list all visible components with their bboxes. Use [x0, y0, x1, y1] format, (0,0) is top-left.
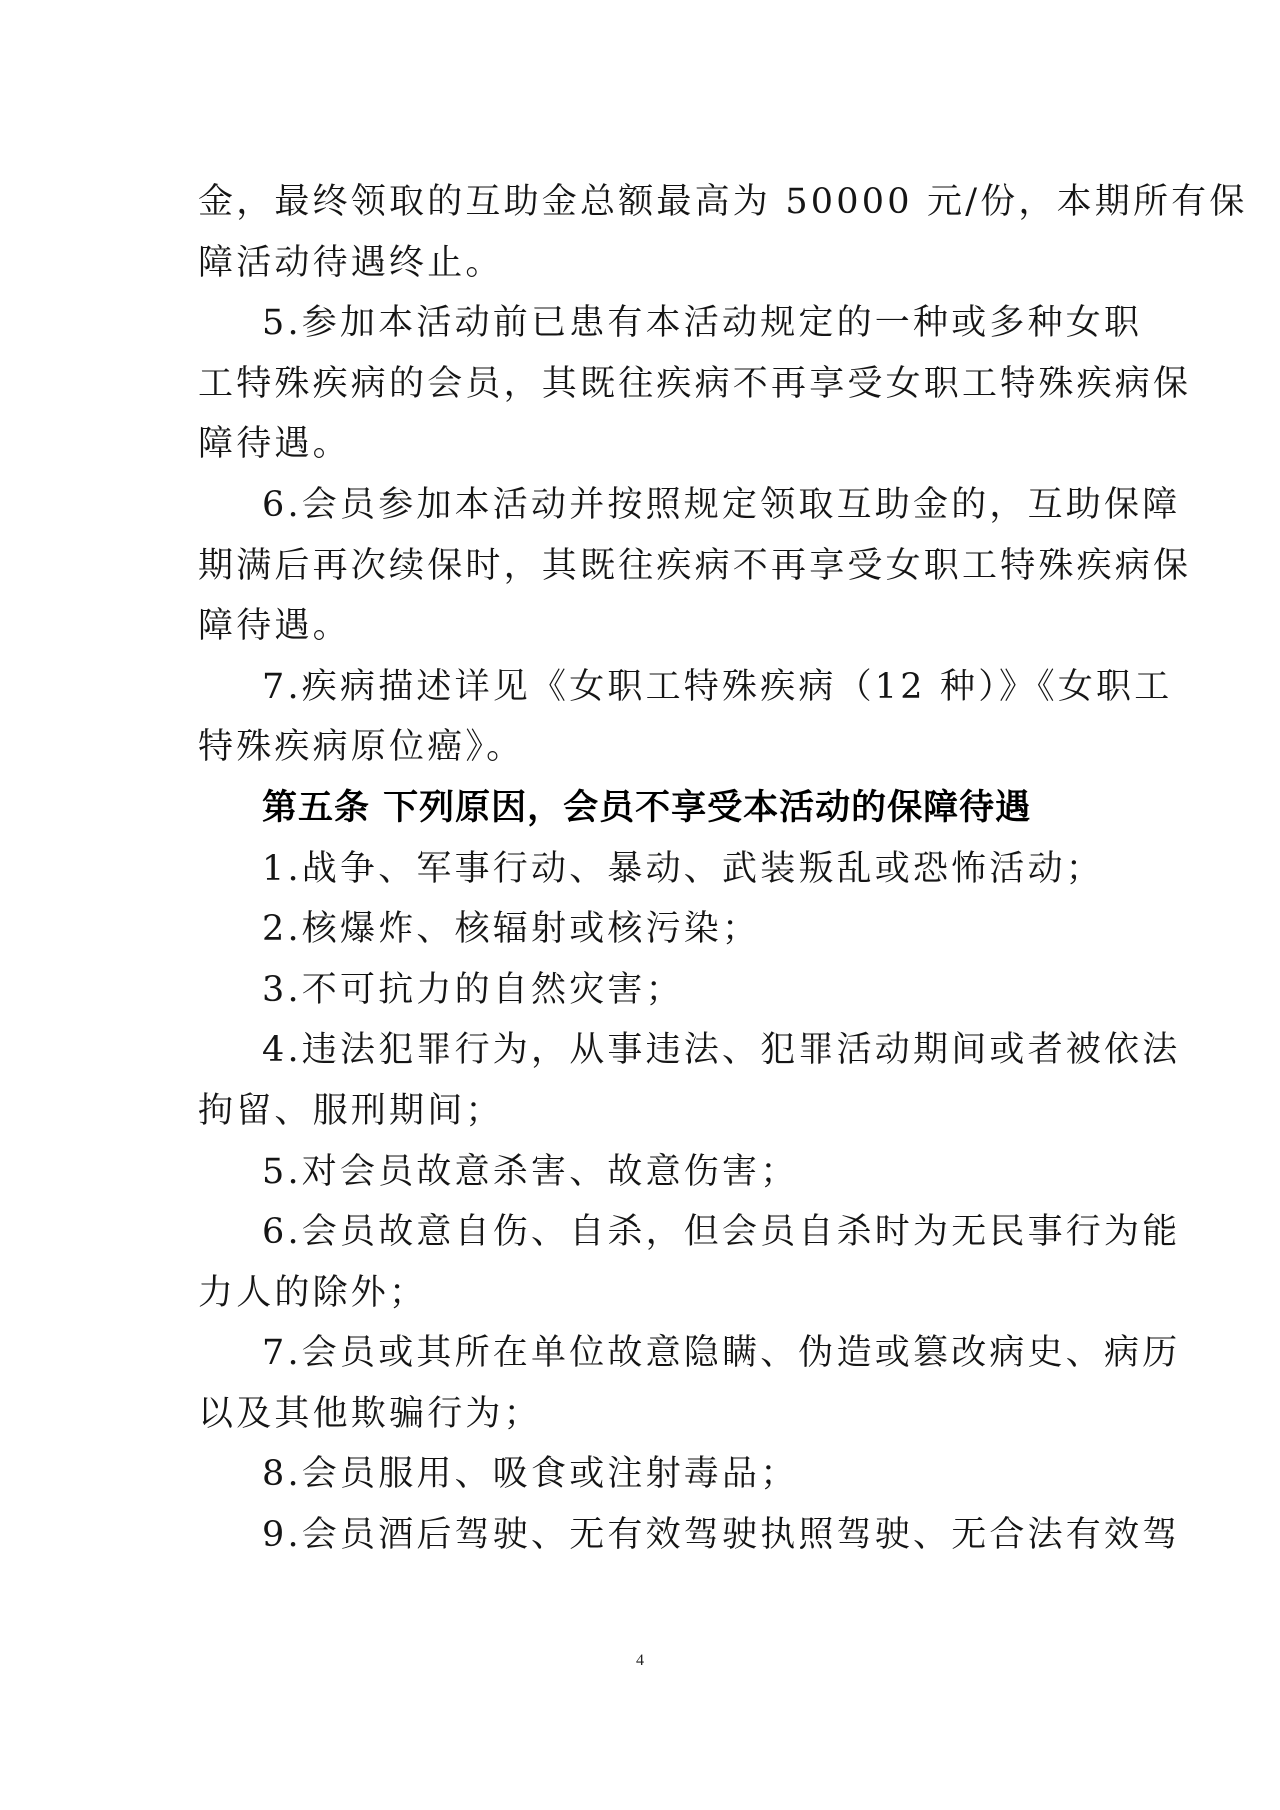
clause-item-5: 5.参加本活动前已患有本活动规定的一种或多种女职 [198, 293, 1094, 354]
document-page: 金，最终领取的互助金总额最高为 50000 元/份，本期所有保 障活动待遇终止。… [198, 172, 1094, 1566]
exclusion-item-8: 8.会员服用、吸食或注射毒品； [198, 1444, 1094, 1505]
clause-item-7: 7.疾病描述详见《女职工特殊疾病（12 种）》《女职工 [198, 657, 1094, 718]
exclusion-item-1: 1.战争、军事行动、暴动、武装叛乱或恐怖活动； [198, 839, 1094, 900]
exclusion-item-3: 3.不可抗力的自然灾害； [198, 960, 1094, 1021]
exclusion-item-4: 4.违法犯罪行为，从事违法、犯罪活动期间或者被依法 [198, 1020, 1094, 1081]
exclusion-item-4-continued: 拘留、服刑期间； [198, 1081, 1094, 1142]
exclusion-item-5: 5.对会员故意杀害、故意伤害； [198, 1142, 1094, 1203]
exclusion-item-6: 6.会员故意自伤、自杀，但会员自杀时为无民事行为能 [198, 1202, 1094, 1263]
exclusion-item-7-continued: 以及其他欺骗行为； [198, 1384, 1094, 1445]
article-5-heading: 第五条 下列原因，会员不享受本活动的保障待遇 [198, 778, 1094, 839]
exclusion-item-9: 9.会员酒后驾驶、无有效驾驶执照驾驶、无合法有效驾 [198, 1505, 1094, 1566]
clause-item-5-continued: 障待遇。 [198, 414, 1094, 475]
clause-item-5-continued: 工特殊疾病的会员，其既往疾病不再享受女职工特殊疾病保 [198, 354, 1094, 415]
clause-item-6: 6.会员参加本活动并按照规定领取互助金的，互助保障 [198, 475, 1094, 536]
exclusion-item-2: 2.核爆炸、核辐射或核污染； [198, 899, 1094, 960]
exclusion-item-7: 7.会员或其所在单位故意隐瞒、伪造或篡改病史、病历 [198, 1323, 1094, 1384]
paragraph-line-continuation: 金，最终领取的互助金总额最高为 50000 元/份，本期所有保 [198, 172, 1094, 233]
clause-item-7-continued: 特殊疾病原位癌》。 [198, 717, 1094, 778]
clause-item-6-continued: 期满后再次续保时，其既往疾病不再享受女职工特殊疾病保 [198, 536, 1094, 597]
clause-item-6-continued: 障待遇。 [198, 596, 1094, 657]
paragraph-line-continuation: 障活动待遇终止。 [198, 233, 1094, 294]
exclusion-item-6-continued: 力人的除外； [198, 1263, 1094, 1324]
page-number: 4 [0, 1652, 1280, 1670]
